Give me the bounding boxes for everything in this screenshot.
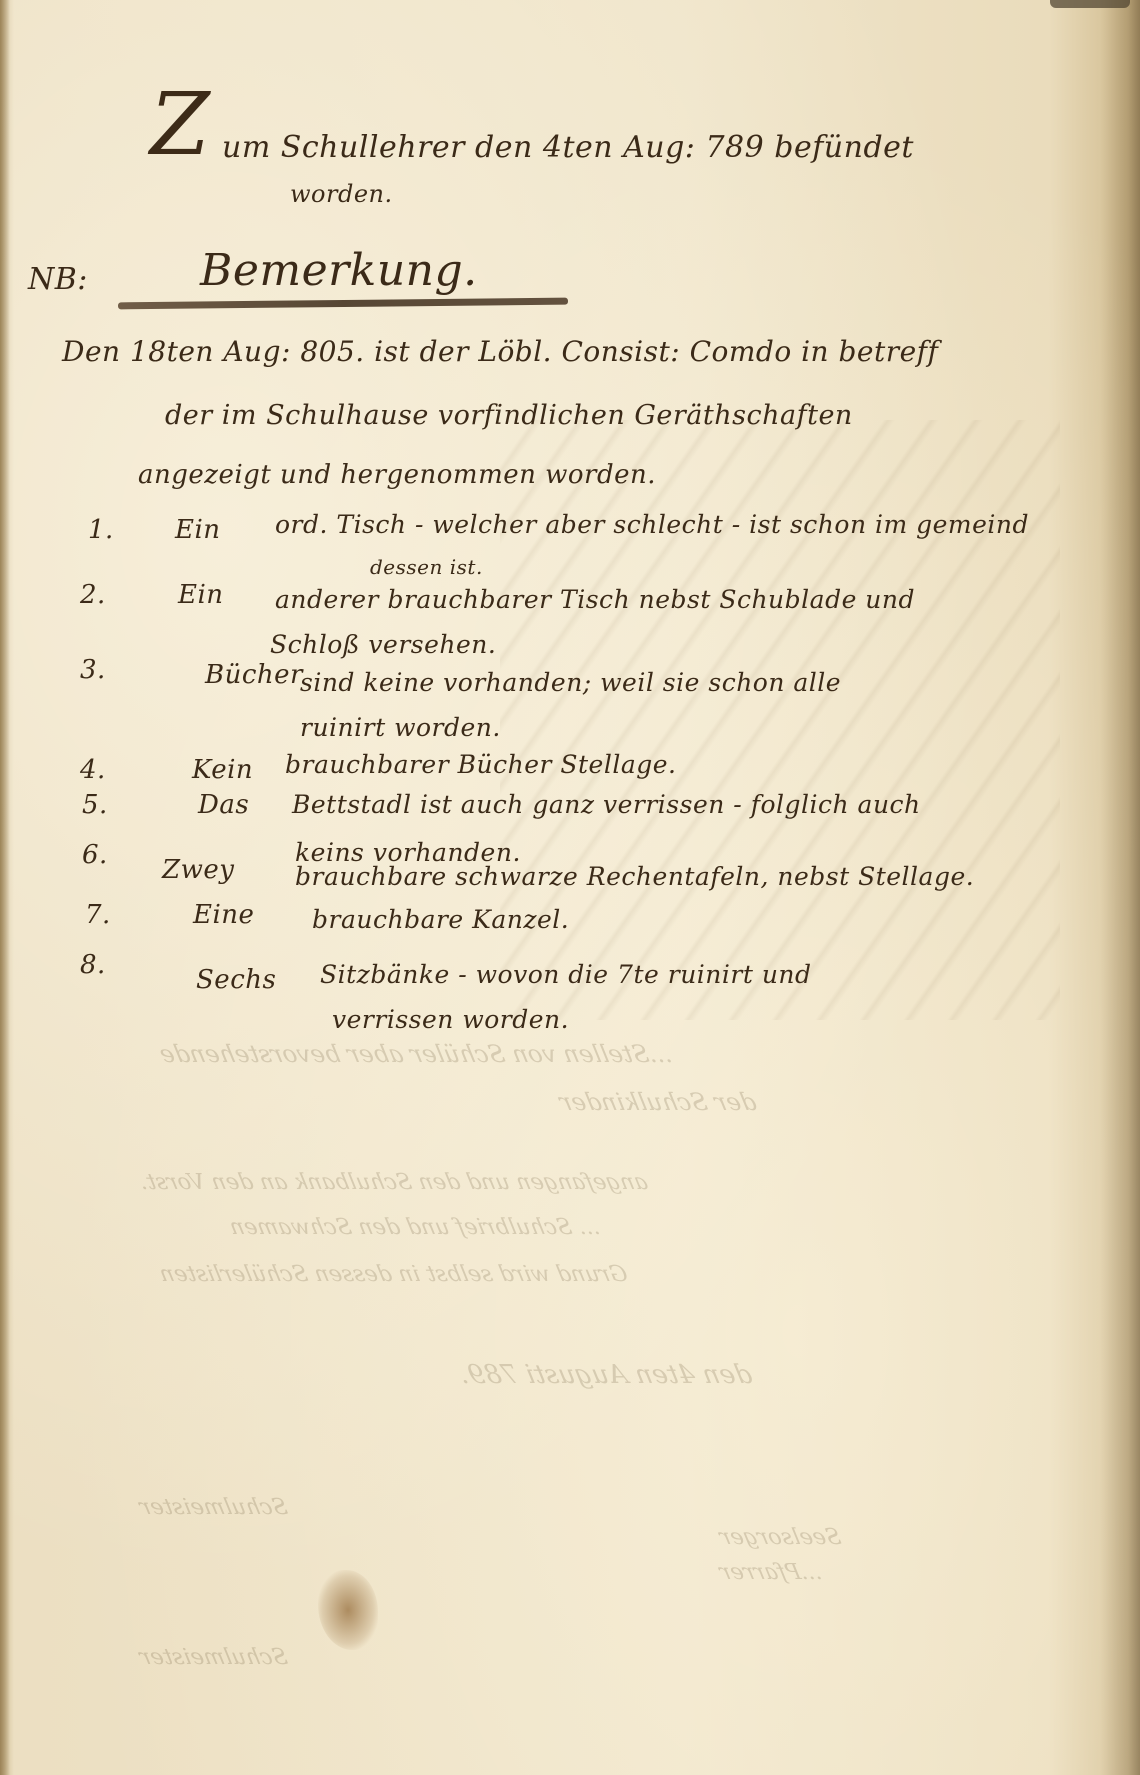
item-number: 7. xyxy=(85,900,111,930)
item-word: Eine xyxy=(193,900,254,930)
item-text: brauchbare schwarze Rechentafeln, nebst … xyxy=(295,862,974,891)
intro-line-2: der im Schulhause vorfindlichen Geräthsc… xyxy=(165,400,853,431)
bleed-line: ...Stellen von Schüler aber bevorstehend… xyxy=(157,1040,675,1068)
intro-line-1: Den 18ten Aug: 805. ist der Löbl. Consis… xyxy=(62,335,938,368)
bleed-line: Grund wird selbst in dessen Schülerliste… xyxy=(157,1262,630,1287)
bleed-line: der Schulkinder xyxy=(557,1088,759,1116)
item-number: 4. xyxy=(80,755,106,785)
margin-note: NB: xyxy=(28,262,88,297)
item-text: Sitzbänke - wovon die 7te ruinirt und xyxy=(320,960,812,989)
item-text: Schloß versehen. xyxy=(270,630,496,659)
ink-stain xyxy=(318,1570,378,1650)
item-text: brauchbarer Bücher Stellage. xyxy=(285,750,677,779)
item-number: 8. xyxy=(80,950,106,980)
bleed-line: angefangen und den Schulbank an den Vors… xyxy=(137,1170,650,1195)
bleed-line: Schulmeister xyxy=(137,1495,290,1520)
page-left-edge xyxy=(0,0,10,1775)
item-number: 1. xyxy=(88,515,114,545)
item-number: 5. xyxy=(82,790,108,820)
item-word: Ein xyxy=(175,515,221,545)
item-text: Bettstadl ist auch ganz verrissen - folg… xyxy=(292,790,921,819)
bleed-line: Seelsorger xyxy=(717,1525,843,1550)
intro-line-3: angezeigt und hergenommen worden. xyxy=(138,460,656,490)
item-word: Kein xyxy=(192,755,253,785)
heading: Bemerkung. xyxy=(200,245,478,296)
item-word: Bücher xyxy=(205,660,303,690)
header-initial: Z xyxy=(150,75,210,175)
item-text: ord. Tisch - welcher aber schlecht - ist… xyxy=(275,510,1029,539)
header-line-1: um Schullehrer den 4ten Aug: 789 befünde… xyxy=(222,130,914,165)
item-word: Das xyxy=(198,790,249,820)
bleed-line: den 4ten Augusti 789. xyxy=(457,1360,755,1390)
item-word: Zwey xyxy=(162,855,234,885)
item-text: dessen ist. xyxy=(370,555,483,579)
item-word: Sechs xyxy=(196,965,276,995)
heading-underline xyxy=(118,298,568,310)
header-line-2: worden. xyxy=(290,180,393,208)
item-text: ruinirt worden. xyxy=(300,713,501,742)
page-binding-edge xyxy=(1100,0,1140,1775)
bleed-line: ...Pfarrer xyxy=(717,1560,824,1585)
item-text: verrissen worden. xyxy=(332,1005,569,1034)
item-text: brauchbare Kanzel. xyxy=(312,905,569,934)
item-number: 6. xyxy=(82,840,108,870)
item-word: Ein xyxy=(178,580,224,610)
item-number: 2. xyxy=(80,580,106,610)
bleed-line: ... Schulbrief und den Schwamen xyxy=(227,1215,602,1240)
page-top-tear xyxy=(1050,0,1130,8)
bleed-line: Schulmeister xyxy=(137,1645,290,1670)
item-number: 3. xyxy=(80,655,106,685)
manuscript-page: ...Stellen von Schüler aber bevorstehend… xyxy=(0,0,1140,1775)
item-text: sind keine vorhanden; weil sie schon all… xyxy=(300,668,841,697)
item-text: anderer brauchbarer Tisch nebst Schublad… xyxy=(275,585,915,614)
